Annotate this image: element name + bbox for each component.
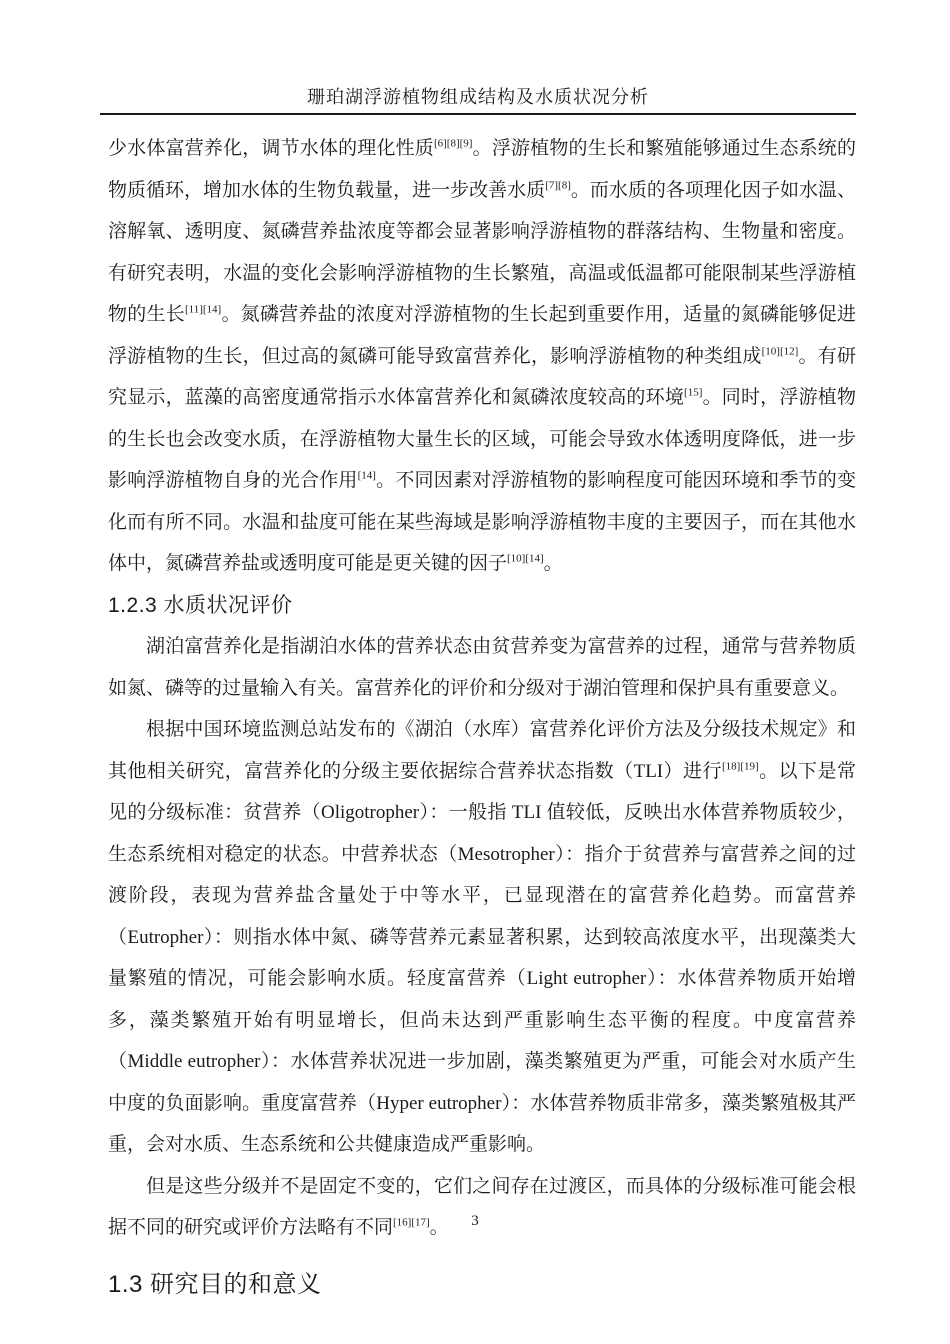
text-run: 湖泊富营养化是指湖泊水体的营养状态由贫营养变为富营养的过程，通常与营养物质如氮、…	[108, 636, 856, 699]
citation-ref: [7][8]	[545, 179, 571, 191]
running-head-title: 珊珀湖浮游植物组成结构及水质状况分析	[307, 87, 649, 107]
document-page: 珊珀湖浮游植物组成结构及水质状况分析 少水体富营养化，调节水体的理化性质[6][…	[0, 0, 950, 1344]
paragraph-grading-transition: 但是这些分级并不是固定不变的，它们之间存在过渡区，而具体的分级标准可能会根据不同…	[108, 1166, 856, 1249]
citation-ref: [18][19]	[722, 760, 759, 772]
citation-ref: [10][14]	[507, 553, 544, 565]
page-number: 3	[471, 1213, 479, 1229]
page-body: 少水体富营养化，调节水体的理化性质[6][8][9]。浮游植物的生长和繁殖能够通…	[108, 128, 856, 1309]
paragraph-eutrophication-definition: 湖泊富营养化是指湖泊水体的营养状态由贫营养变为富营养的过程，通常与营养物质如氮、…	[108, 626, 856, 709]
page-footer: 3	[0, 1210, 950, 1232]
text-run: 。以下是常见的分级标准：贫营养（Oligotropher）：一般指 TLI 值较…	[108, 761, 856, 1156]
citation-ref: [15]	[684, 387, 702, 399]
text-run: 。	[544, 553, 563, 574]
running-head: 珊珀湖浮游植物组成结构及水质状况分析	[100, 84, 856, 115]
section-heading-1-3: 1.3 研究目的和意义	[108, 1261, 856, 1309]
citation-ref: [11][14]	[185, 304, 221, 316]
citation-ref: [6][8][9]	[434, 138, 472, 150]
citation-ref: [14]	[358, 470, 376, 482]
text-run: 少水体富营养化，调节水体的理化性质	[108, 138, 434, 159]
citation-ref: [10][12]	[762, 345, 799, 357]
paragraph-continuation: 少水体富营养化，调节水体的理化性质[6][8][9]。浮游植物的生长和繁殖能够通…	[108, 128, 856, 585]
text-run: 。氮磷营养盐的浓度对浮游植物的生长起到重要作用，适量的氮磷能够促进浮游植物的生长…	[108, 304, 856, 367]
section-heading-1-2-3: 1.2.3 水质状况评价	[108, 585, 856, 627]
paragraph-grading-standards: 根据中国环境监测总站发布的《湖泊（水库）富营养化评价方法及分级技术规定》和其他相…	[108, 709, 856, 1166]
